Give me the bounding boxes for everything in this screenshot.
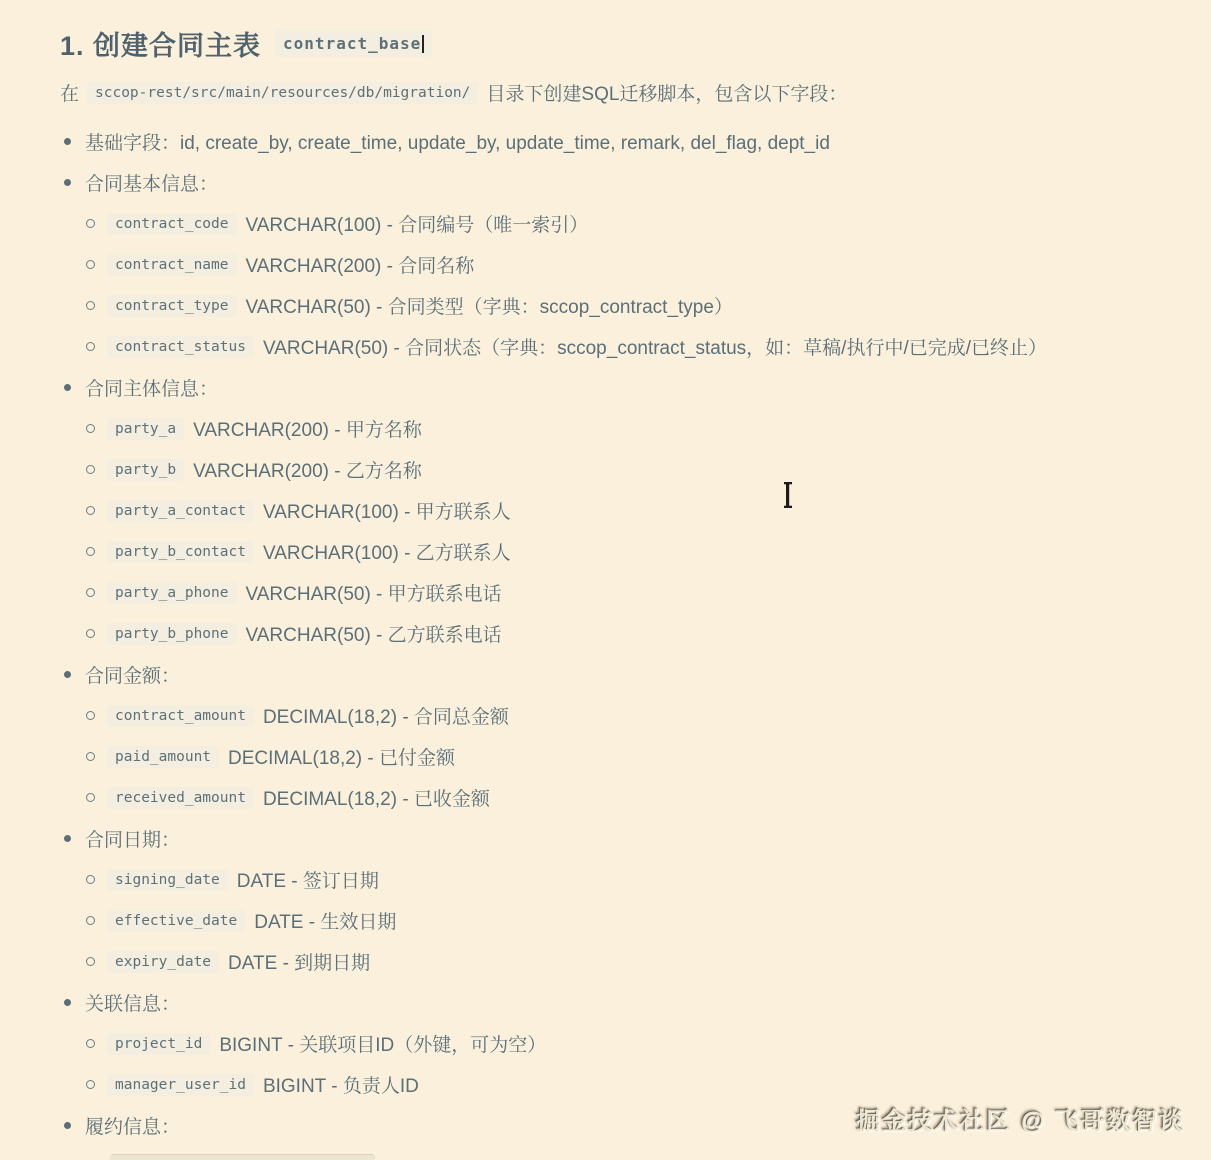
list-subitem: effective_date DATE - 生效日期 bbox=[0, 900, 1211, 941]
field-code: party_b_contact bbox=[107, 541, 254, 563]
list-item: 合同日期： bbox=[0, 818, 1211, 859]
field-code: party_a_contact bbox=[107, 500, 254, 522]
field-code: expiry_date bbox=[107, 951, 219, 973]
list-subitem: party_b VARCHAR(200) - 乙方名称 bbox=[0, 449, 1211, 490]
list-item: 合同主体信息： bbox=[0, 367, 1211, 408]
list-item-label: 基础字段：id, create_by, create_time, update_… bbox=[85, 128, 830, 155]
bullet-icon bbox=[64, 384, 71, 391]
list-subitem: contract_type VARCHAR(50) - 合同类型（字典：scco… bbox=[0, 285, 1211, 326]
list-subitem: party_a_phone VARCHAR(50) - 甲方联系电话 bbox=[0, 572, 1211, 613]
field-desc: DATE - 到期日期 bbox=[228, 948, 370, 975]
field-code: party_b bbox=[107, 459, 184, 481]
list-item: 合同基本信息： bbox=[0, 162, 1211, 203]
list-subitem: contract_name VARCHAR(200) - 合同名称 bbox=[0, 244, 1211, 285]
field-code: received_amount bbox=[107, 787, 254, 809]
field-desc: VARCHAR(200) - 合同名称 bbox=[246, 251, 475, 278]
list-item-label: 履约信息： bbox=[85, 1112, 180, 1139]
document-page: 1. 创建合同主表 contract_base 在 sccop-rest/src… bbox=[0, 0, 1211, 1160]
hollow-bullet-icon bbox=[86, 465, 95, 474]
page-title: 1. 创建合同主表 contract_base bbox=[60, 24, 432, 63]
cutoff-inline-code bbox=[110, 1154, 375, 1160]
field-desc: DECIMAL(18,2) - 合同总金额 bbox=[263, 702, 509, 729]
field-desc: VARCHAR(50) - 合同状态（字典：sccop_contract_sta… bbox=[263, 333, 1047, 360]
hollow-bullet-icon bbox=[86, 1080, 95, 1089]
field-code: party_a bbox=[107, 418, 184, 440]
list-subitem: contract_code VARCHAR(100) - 合同编号（唯一索引） bbox=[0, 203, 1211, 244]
list-subitem: manager_user_id BIGINT - 负责人ID bbox=[0, 1064, 1211, 1105]
list-subitem: party_b_contact VARCHAR(100) - 乙方联系人 bbox=[0, 531, 1211, 572]
field-code: contract_type bbox=[107, 295, 237, 317]
field-desc: VARCHAR(50) - 合同类型（字典：sccop_contract_typ… bbox=[246, 292, 733, 319]
i-beam-cursor bbox=[780, 481, 796, 509]
bullet-icon bbox=[64, 671, 71, 678]
title-inline-code-text: contract_base bbox=[283, 34, 421, 53]
intro-prefix: 在 bbox=[60, 79, 79, 106]
hollow-bullet-icon bbox=[86, 875, 95, 884]
field-code: contract_code bbox=[107, 213, 237, 235]
field-desc: VARCHAR(100) - 甲方联系人 bbox=[263, 497, 511, 524]
list-subitem: paid_amount DECIMAL(18,2) - 已付金额 bbox=[0, 736, 1211, 777]
list-subitem: project_id BIGINT - 关联项目ID（外键，可为空） bbox=[0, 1023, 1211, 1064]
field-code: project_id bbox=[107, 1033, 210, 1055]
list-item-label: 合同金额： bbox=[85, 661, 180, 688]
field-code: effective_date bbox=[107, 910, 245, 932]
list-subitem: party_b_phone VARCHAR(50) - 乙方联系电话 bbox=[0, 613, 1211, 654]
list-subitem: signing_date DATE - 签订日期 bbox=[0, 859, 1211, 900]
list-subitem: received_amount DECIMAL(18,2) - 已收金额 bbox=[0, 777, 1211, 818]
field-desc: BIGINT - 关联项目ID（外键，可为空） bbox=[219, 1030, 546, 1057]
list-item: 关联信息： bbox=[0, 982, 1211, 1023]
bullet-icon bbox=[64, 138, 71, 145]
field-desc: DATE - 签订日期 bbox=[237, 866, 379, 893]
hollow-bullet-icon bbox=[86, 711, 95, 720]
hollow-bullet-icon bbox=[86, 219, 95, 228]
field-code: contract_name bbox=[107, 254, 237, 276]
bullet-icon bbox=[64, 1122, 71, 1129]
list-subitem: party_a VARCHAR(200) - 甲方名称 bbox=[0, 408, 1211, 449]
field-code: paid_amount bbox=[107, 746, 219, 768]
field-desc: DECIMAL(18,2) - 已收金额 bbox=[263, 784, 490, 811]
field-code: party_b_phone bbox=[107, 623, 237, 645]
hollow-bullet-icon bbox=[86, 588, 95, 597]
field-desc: VARCHAR(50) - 甲方联系电话 bbox=[246, 579, 502, 606]
migration-path-code: sccop-rest/src/main/resources/db/migrati… bbox=[87, 82, 478, 104]
field-desc: BIGINT - 负责人ID bbox=[263, 1071, 419, 1098]
hollow-bullet-icon bbox=[86, 301, 95, 310]
bullet-icon bbox=[64, 835, 71, 842]
field-desc: VARCHAR(200) - 甲方名称 bbox=[193, 415, 422, 442]
list-item-label: 合同基本信息： bbox=[85, 169, 218, 196]
field-code: party_a_phone bbox=[107, 582, 237, 604]
hollow-bullet-icon bbox=[86, 916, 95, 925]
hollow-bullet-icon bbox=[86, 342, 95, 351]
list-subitem: party_a_contact VARCHAR(100) - 甲方联系人 bbox=[0, 490, 1211, 531]
list-item-label: 关联信息： bbox=[85, 989, 180, 1016]
field-desc: DECIMAL(18,2) - 已付金额 bbox=[228, 743, 455, 770]
page-title-text: 1. 创建合同主表 bbox=[60, 24, 261, 63]
hollow-bullet-icon bbox=[86, 506, 95, 515]
field-desc: VARCHAR(100) - 合同编号（唯一索引） bbox=[246, 210, 589, 237]
text-caret bbox=[422, 35, 424, 53]
field-list: 基础字段：id, create_by, create_time, update_… bbox=[0, 121, 1211, 1146]
list-subitem: contract_status VARCHAR(50) - 合同状态（字典：sc… bbox=[0, 326, 1211, 367]
bullet-icon bbox=[64, 999, 71, 1006]
field-code: manager_user_id bbox=[107, 1074, 254, 1096]
list-item-label: 合同日期： bbox=[85, 825, 180, 852]
hollow-bullet-icon bbox=[86, 547, 95, 556]
hollow-bullet-icon bbox=[86, 424, 95, 433]
field-code: contract_status bbox=[107, 336, 254, 358]
hollow-bullet-icon bbox=[86, 260, 95, 269]
hollow-bullet-icon bbox=[86, 629, 95, 638]
field-code: signing_date bbox=[107, 869, 228, 891]
list-item: 基础字段：id, create_by, create_time, update_… bbox=[0, 121, 1211, 162]
intro-suffix: 目录下创建SQL迁移脚本，包含以下字段： bbox=[486, 79, 847, 106]
hollow-bullet-icon bbox=[86, 752, 95, 761]
list-item-label: 合同主体信息： bbox=[85, 374, 218, 401]
watermark: 掘金技术社区 @ 飞哥数智谈 bbox=[856, 1101, 1185, 1136]
field-desc: VARCHAR(200) - 乙方名称 bbox=[193, 456, 422, 483]
list-item: 合同金额： bbox=[0, 654, 1211, 695]
hollow-bullet-icon bbox=[86, 793, 95, 802]
field-desc: VARCHAR(50) - 乙方联系电话 bbox=[246, 620, 502, 647]
hollow-bullet-icon bbox=[86, 957, 95, 966]
field-desc: VARCHAR(100) - 乙方联系人 bbox=[263, 538, 511, 565]
field-code: contract_amount bbox=[107, 705, 254, 727]
list-subitem: contract_amount DECIMAL(18,2) - 合同总金额 bbox=[0, 695, 1211, 736]
hollow-bullet-icon bbox=[86, 1039, 95, 1048]
intro-paragraph: 在 sccop-rest/src/main/resources/db/migra… bbox=[60, 79, 847, 106]
field-desc: DATE - 生效日期 bbox=[254, 907, 396, 934]
bullet-icon bbox=[64, 179, 71, 186]
title-inline-code: contract_base bbox=[275, 30, 432, 58]
list-subitem: expiry_date DATE - 到期日期 bbox=[0, 941, 1211, 982]
